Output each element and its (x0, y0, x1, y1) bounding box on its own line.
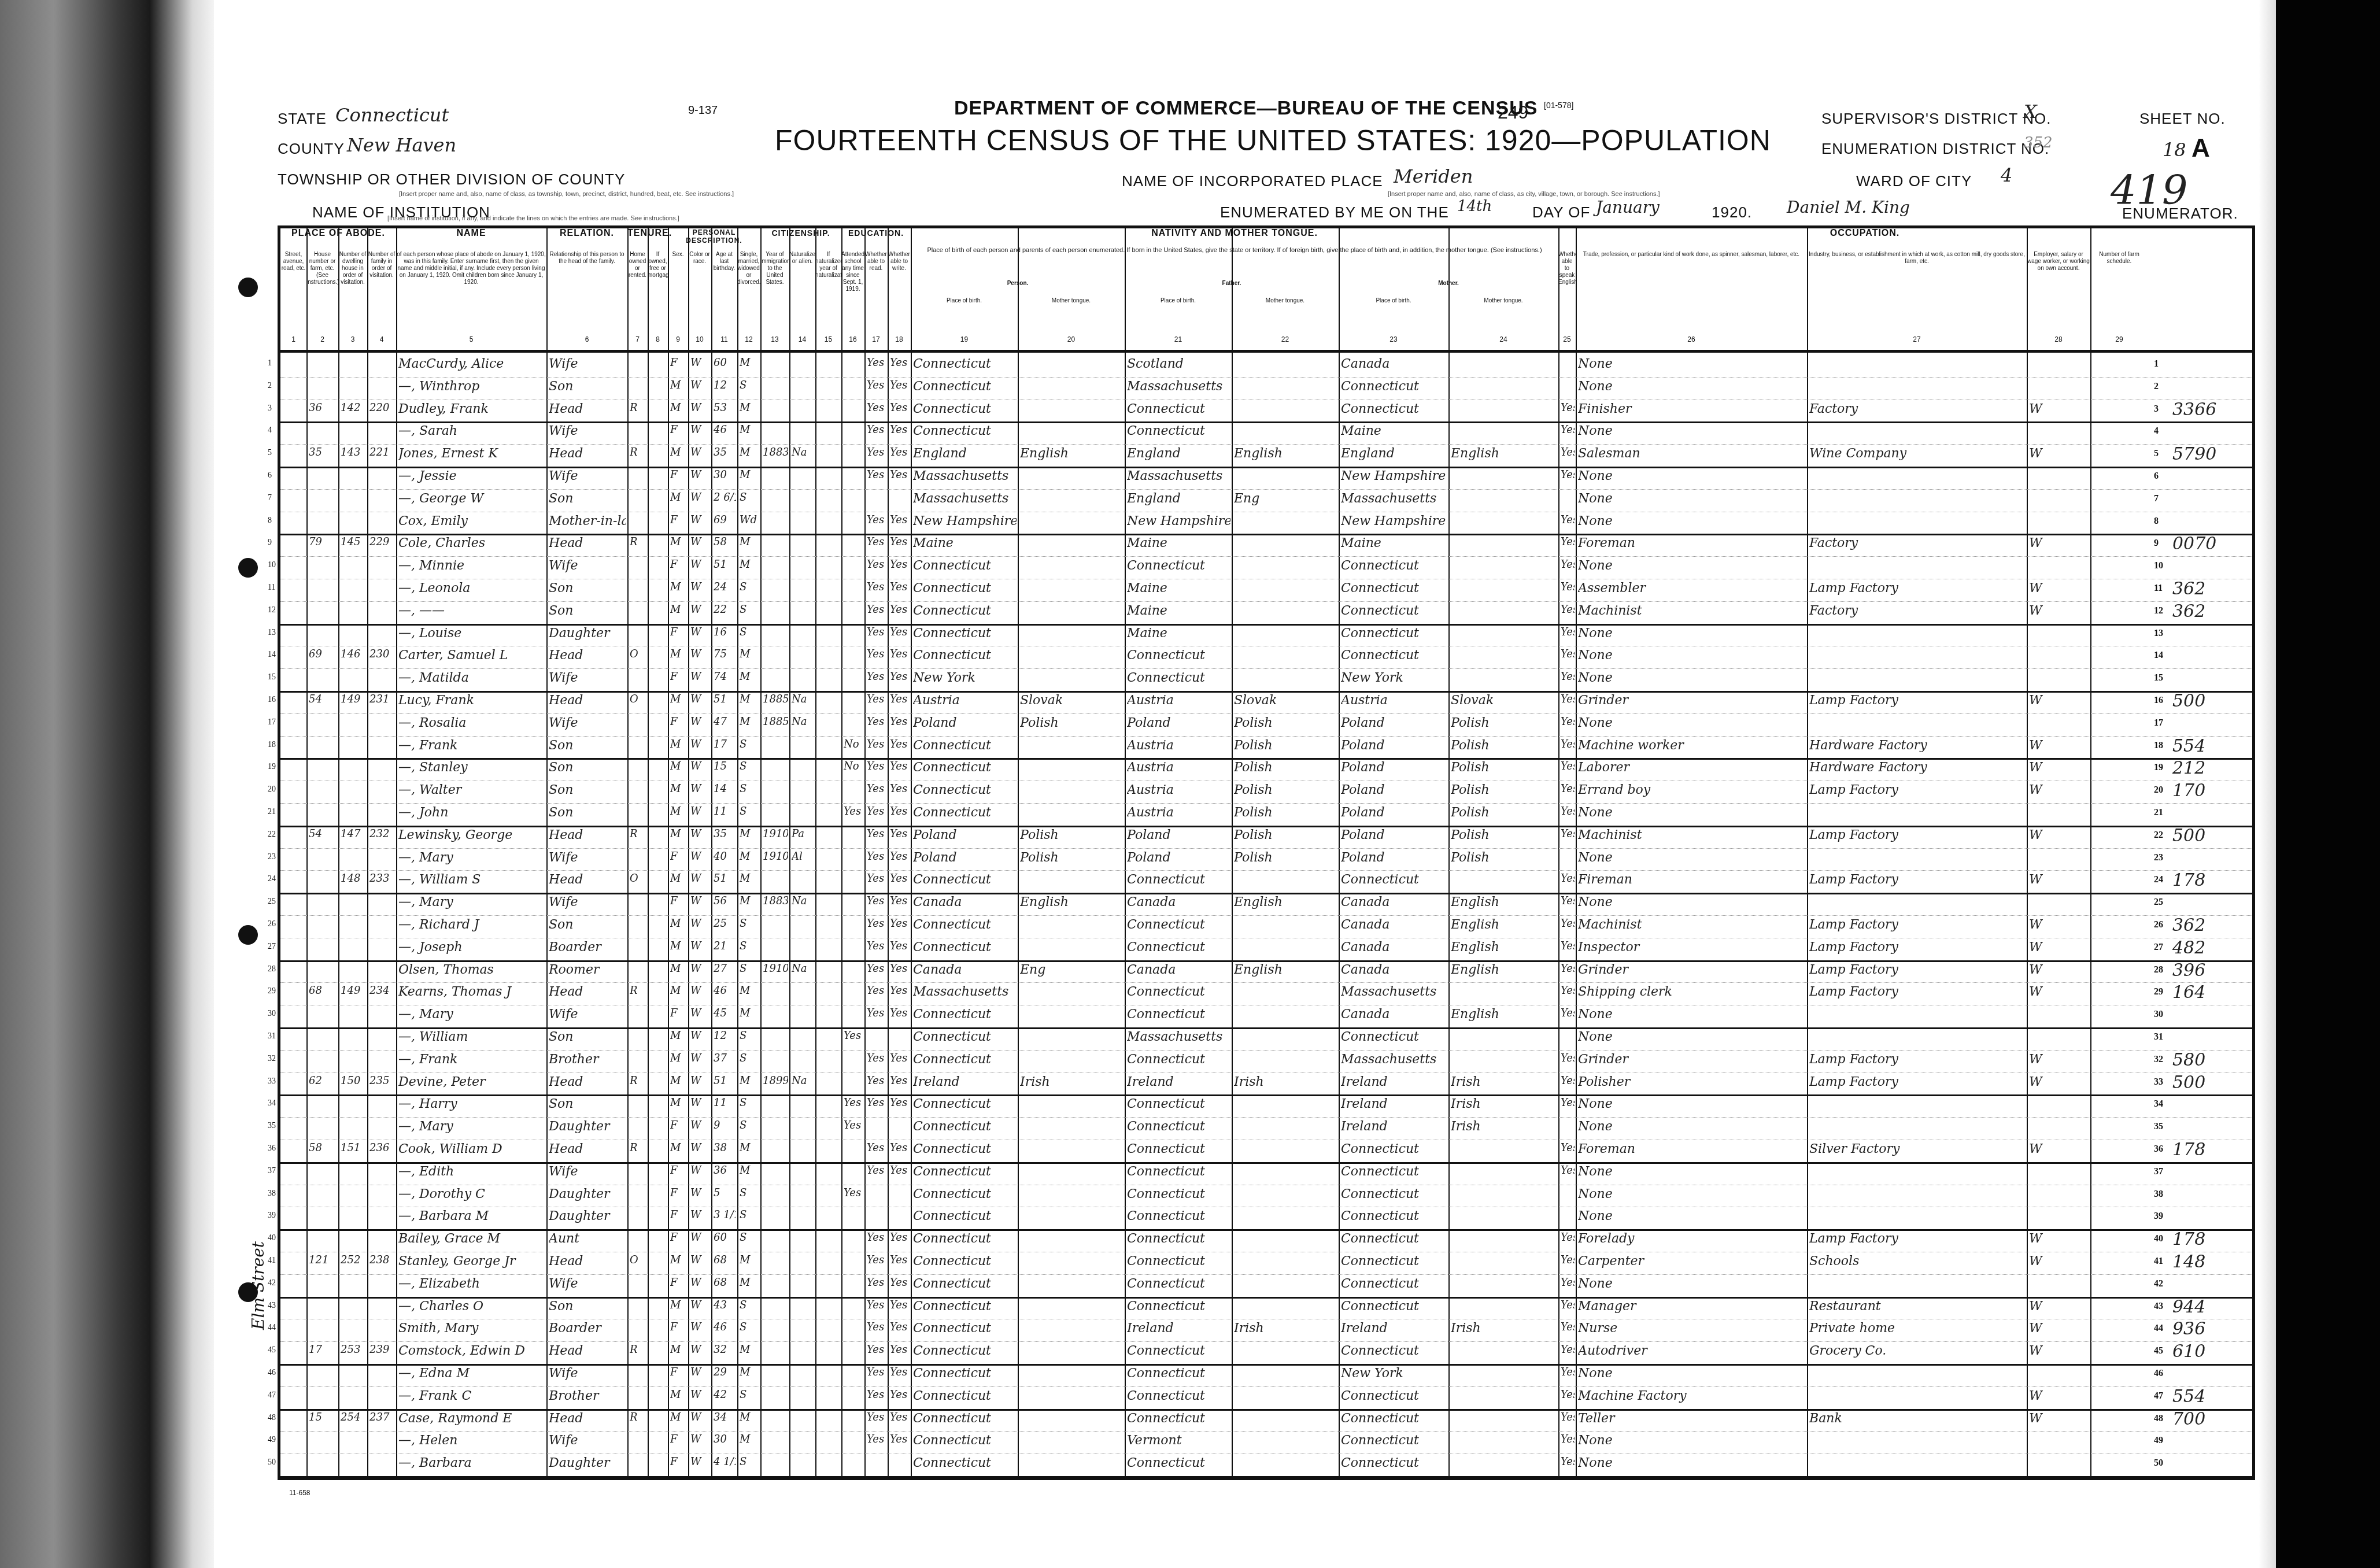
cell-fpob: Connecticut (1127, 1277, 1230, 1295)
cell-rd (867, 1119, 886, 1138)
table-row: 24148233—, William SHeadOMW51MYesYesConn… (280, 870, 2252, 894)
cell-sch (844, 469, 863, 487)
cell-ind: Restaurant (1809, 1299, 2026, 1318)
cell-fam: 235 (369, 1075, 395, 1093)
census-rows: 1MacCurdy, AliceWifeFW60MYesYesConnectic… (280, 354, 2252, 1477)
cell-mmt (1451, 581, 1557, 600)
cell-eng (1561, 1119, 1575, 1138)
cell-mpob: Poland (1341, 760, 1447, 779)
binder-hole (238, 278, 258, 297)
cell-emp: W (2029, 402, 2089, 420)
line-number-left: 43 (268, 1301, 276, 1311)
cell-wr: Yes (890, 872, 910, 891)
cell-fpob: Massachusetts (1127, 469, 1230, 487)
cell-wr: Yes (890, 850, 910, 869)
cell-wr: Yes (890, 402, 910, 420)
cell-race: W (690, 1321, 710, 1340)
line-number-left: 25 (268, 897, 276, 907)
cell-ms: M (740, 559, 759, 577)
cell-race: W (690, 1254, 710, 1273)
cell-dwell (341, 1321, 366, 1340)
cell-rel: Wife (549, 1164, 626, 1183)
cell-sch (844, 626, 863, 645)
cell-mt (1020, 1456, 1124, 1474)
cell-sex: F (670, 1187, 687, 1205)
cell-rel: Wife (549, 1007, 626, 1026)
cell-own: R (630, 985, 646, 1003)
cell-wr: Yes (890, 1097, 910, 1115)
cell-own (630, 1164, 646, 1183)
cell-eng: Yes (1561, 1007, 1575, 1026)
cell-ms: M (740, 895, 759, 914)
cell-sch (844, 648, 863, 667)
line-number-left: 47 (268, 1391, 276, 1400)
line-number-right: 32 (2154, 1055, 2163, 1065)
cell-ms: M (740, 648, 759, 667)
table-row: 979145229Cole, CharlesHeadRMW58MYesYesMa… (280, 534, 2252, 557)
cell-occ: None (1578, 424, 1806, 442)
cell-mpob: Connecticut (1341, 1030, 1447, 1048)
cell-age: 17 (714, 738, 736, 757)
cell-name: Bailey, Grace M (398, 1232, 545, 1250)
cell-sex: M (670, 1389, 687, 1407)
cell-sex: F (670, 1007, 687, 1026)
cell-mpob: England (1341, 446, 1447, 465)
cell-fam: 231 (369, 693, 395, 712)
cell-fam (369, 357, 395, 375)
cell-mpob: New Hampshire (1341, 514, 1447, 532)
table-row: 38—, Dorothy CDaughterFW5SYesConnecticut… (280, 1185, 2252, 1208)
cell-name: —, Barbara M (398, 1209, 545, 1227)
cell-pob: Connecticut (913, 1389, 1017, 1407)
cell-age: 56 (714, 895, 736, 914)
cell-wr: Yes (890, 648, 910, 667)
cell-wr: Yes (890, 671, 910, 689)
cell-age: 53 (714, 402, 736, 420)
cell-dwell (341, 671, 366, 689)
cell-name: —, Barbara (398, 1456, 545, 1474)
cell-race: W (690, 738, 710, 757)
cell-wr: Yes (890, 693, 910, 712)
cell-fam (369, 1052, 395, 1071)
cell-fam (369, 514, 395, 532)
state-label: State (278, 110, 327, 128)
cell-sex: F (670, 1209, 687, 1227)
cell-age: 75 (714, 648, 736, 667)
line-number-right: 29 (2154, 987, 2163, 997)
cell-fpob: Austria (1127, 805, 1230, 824)
cell-house (309, 1052, 337, 1071)
cell-name: Smith, Mary (398, 1321, 545, 1340)
line-number-left: 26 (268, 920, 276, 929)
cell-race: W (690, 1030, 710, 1048)
cell-ind: Hardware Factory (1809, 738, 2026, 757)
cell-rd (867, 1030, 886, 1048)
line-number-left: 13 (268, 628, 276, 638)
cell-name: —, Minnie (398, 559, 545, 577)
cell-rd: Yes (867, 1075, 886, 1093)
cell-house (309, 918, 337, 936)
cell-mt (1020, 469, 1124, 487)
cell-mt (1020, 918, 1124, 936)
cell-imm (763, 581, 788, 600)
table-row: 50—, BarbaraDaughterFW4 1/12SConnecticut… (280, 1454, 2252, 1478)
cell-fam (369, 1456, 395, 1474)
cell-ms: S (740, 1232, 759, 1250)
cell-mmt: Polish (1451, 805, 1557, 824)
cell-imm (763, 402, 788, 420)
cell-wr: Yes (890, 1277, 910, 1295)
cell-sch (844, 1366, 863, 1385)
cell-emp (2029, 1007, 2089, 1026)
cell-fpob: Poland (1127, 850, 1230, 869)
margin-occupation-code: 5790 (2172, 444, 2216, 464)
column-header-22: Mother tongue. (1232, 298, 1339, 332)
cell-fpob: England (1127, 446, 1230, 465)
cell-eng: Yes (1561, 895, 1575, 914)
cell-ind: Private home (1809, 1321, 2026, 1340)
cell-fmt (1234, 1299, 1337, 1318)
cell-occ: Grinder (1578, 963, 1806, 981)
cell-mt (1020, 671, 1124, 689)
cell-fmt (1234, 1254, 1337, 1273)
township-note: [Insert proper name and, also, name of c… (399, 191, 734, 198)
line-number-right: 24 (2154, 875, 2163, 885)
cell-fmt (1234, 940, 1337, 959)
cell-own (630, 1277, 646, 1295)
line-number-right: 18 (2154, 741, 2163, 751)
cell-mt (1020, 424, 1124, 442)
cell-mpob: Connecticut (1341, 604, 1447, 622)
cell-fpob: Connecticut (1127, 559, 1230, 577)
line-number-left: 41 (268, 1256, 276, 1266)
cell-nat (792, 357, 814, 375)
cell-fpob: Maine (1127, 536, 1230, 554)
line-number-left: 4 (268, 426, 272, 435)
cell-wr (890, 1030, 910, 1048)
cell-fmt (1234, 1411, 1337, 1430)
ed-value: 352 (2024, 134, 2053, 151)
cell-fpob: Connecticut (1127, 1007, 1230, 1026)
cell-rel: Daughter (549, 1187, 626, 1205)
incorporated-value: Meriden (1394, 165, 1473, 187)
cell-pob: Connecticut (913, 1097, 1017, 1115)
column-header-10: Color or race. (688, 252, 711, 332)
cell-rel: Roomer (549, 963, 626, 981)
cell-occ: None (1578, 805, 1806, 824)
cell-ms: S (740, 1052, 759, 1071)
cell-fmt: Polish (1234, 760, 1337, 779)
cell-nat: Na (792, 693, 814, 712)
cell-own (630, 1456, 646, 1474)
column-header-4: Number of family in order of visitation. (367, 252, 396, 332)
cell-fam: 232 (369, 828, 395, 846)
cell-name: —, Edna M (398, 1366, 545, 1385)
cell-wr: Yes (890, 1052, 910, 1071)
cell-ms: M (740, 671, 759, 689)
cell-rel: Aunt (549, 1232, 626, 1250)
cell-race: W (690, 918, 710, 936)
cell-sex: M (670, 1075, 687, 1093)
cell-rd: Yes (867, 648, 886, 667)
cell-nat (792, 469, 814, 487)
cell-occ: None (1578, 357, 1806, 375)
cell-sex: F (670, 626, 687, 645)
table-row: 49—, HelenWifeFW30MYesYesConnecticutVerm… (280, 1431, 2252, 1454)
cell-nat (792, 648, 814, 667)
line-number-left: 7 (268, 494, 272, 503)
table-row: 37—, EdithWifeFW36MYesYesConnecticutConn… (280, 1162, 2252, 1185)
cell-age: 12 (714, 1030, 736, 1048)
page-stamp: 249 (1498, 102, 1528, 123)
enumerated-label: Enumerated by me on the (1220, 204, 1449, 221)
line-number-right: 27 (2154, 942, 2163, 953)
cell-occ: None (1578, 1366, 1806, 1385)
cell-nat: Pa (792, 828, 814, 846)
cell-name: Cole, Charles (398, 536, 545, 554)
cell-rd: Yes (867, 446, 886, 465)
column-header-8: If owned, free or mortgaged. (648, 252, 668, 332)
cell-eng: Yes (1561, 514, 1575, 532)
cell-emp: W (2029, 828, 2089, 846)
cell-pob: Connecticut (913, 940, 1017, 959)
cell-sch (844, 671, 863, 689)
cell-rd: Yes (867, 559, 886, 577)
cell-own (630, 716, 646, 734)
cell-age: 4 1/12 (714, 1456, 736, 1474)
table-row: 46—, Edna MWifeFW29MYesYesConnecticutCon… (280, 1364, 2252, 1387)
cell-race: W (690, 1097, 710, 1115)
line-number-right: 5 (2154, 449, 2159, 459)
cell-emp (2029, 626, 2089, 645)
cell-race: W (690, 1075, 710, 1093)
cell-rd: Yes (867, 1344, 886, 1362)
binder-hole (238, 558, 258, 578)
cell-pob: Connecticut (913, 1321, 1017, 1340)
cell-eng: Yes (1561, 1254, 1575, 1273)
cell-rel: Son (549, 738, 626, 757)
cell-fpob: Canada (1127, 895, 1230, 914)
cell-race: W (690, 1052, 710, 1071)
margin-occupation-code: 500 (2172, 1073, 2205, 1093)
cell-race: W (690, 469, 710, 487)
table-row: 535143221Jones, Ernest KHeadRMW35M1883Na… (280, 444, 2252, 468)
column-header-15: If naturalized, year of naturalization. (815, 252, 841, 332)
cell-ms: M (740, 1344, 759, 1362)
cell-pob: Connecticut (913, 1456, 1017, 1474)
cell-rd: Yes (867, 693, 886, 712)
cell-fmt: Slovak (1234, 693, 1337, 712)
cell-own (630, 626, 646, 645)
cell-rd: Yes (867, 783, 886, 801)
cell-dwell (341, 357, 366, 375)
cell-dwell (341, 918, 366, 936)
cell-imm (763, 760, 788, 779)
cell-ind (1809, 1456, 2026, 1474)
cell-imm (763, 424, 788, 442)
cell-rd: Yes (867, 918, 886, 936)
cell-rd: Yes (867, 402, 886, 420)
cell-mpob: Connecticut (1341, 1164, 1447, 1183)
cell-own (630, 581, 646, 600)
cell-pob: Connecticut (913, 760, 1017, 779)
cell-sch (844, 1344, 863, 1362)
cell-occ: None (1578, 1187, 1806, 1205)
cell-fmt (1234, 1142, 1337, 1160)
cell-sch (844, 379, 863, 398)
cell-occ: None (1578, 626, 1806, 645)
cell-fam: 238 (369, 1254, 395, 1273)
cell-fam (369, 1007, 395, 1026)
cell-eng: Yes (1561, 1277, 1575, 1295)
cell-rd: Yes (867, 828, 886, 846)
cell-name: —, William S (398, 872, 545, 891)
cell-rel: Son (549, 581, 626, 600)
cell-mt: Slovak (1020, 693, 1124, 712)
cell-occ: None (1578, 648, 1806, 667)
cell-wr (890, 1187, 910, 1205)
cell-sch (844, 872, 863, 891)
cell-age: 40 (714, 850, 736, 869)
cell-rd: Yes (867, 424, 886, 442)
cell-fmt: Polish (1234, 783, 1337, 801)
line-number-left: 14 (268, 650, 276, 660)
column-number-27: 27 (1807, 335, 2027, 347)
cell-name: —, Edith (398, 1164, 545, 1183)
cell-fmt (1234, 1097, 1337, 1115)
cell-nat (792, 760, 814, 779)
cell-mmt: Irish (1451, 1119, 1557, 1138)
cell-house (309, 1366, 337, 1385)
cell-name: —, Charles O (398, 1299, 545, 1318)
line-number-left: 22 (268, 830, 276, 840)
line-number-left: 2 (268, 382, 272, 391)
cell-ms: M (740, 1075, 759, 1093)
group-name: Name (396, 228, 546, 247)
cell-rd: Yes (867, 1389, 886, 1407)
cell-rd: Yes (867, 604, 886, 622)
cell-rel: Head (549, 446, 626, 465)
cell-wr: Yes (890, 1433, 910, 1452)
cell-mmt (1451, 1456, 1557, 1474)
cell-fmt (1234, 402, 1337, 420)
cell-dwell (341, 850, 366, 869)
cell-ms: M (740, 1007, 759, 1026)
cell-mmt: English (1451, 1007, 1557, 1026)
cell-fpob: Austria (1127, 760, 1230, 779)
cell-fmt: Polish (1234, 850, 1337, 869)
cell-imm (763, 1142, 788, 1160)
cell-mmt (1451, 604, 1557, 622)
cell-pob: Poland (913, 716, 1017, 734)
cell-race: W (690, 1344, 710, 1362)
cell-ms: M (740, 469, 759, 487)
cell-fam (369, 559, 395, 577)
cell-own (630, 1389, 646, 1407)
cell-eng: Yes (1561, 1097, 1575, 1115)
line-number-left: 11 (268, 583, 275, 593)
cell-emp: W (2029, 1075, 2089, 1093)
cell-imm (763, 805, 788, 824)
cell-mt (1020, 1299, 1124, 1318)
cell-mt (1020, 1164, 1124, 1183)
cell-eng: Yes (1561, 604, 1575, 622)
cell-emp (2029, 1209, 2089, 1227)
line-number-left: 48 (268, 1414, 276, 1423)
cell-fpob: England (1127, 491, 1230, 510)
cell-nat: Na (792, 1075, 814, 1093)
cell-nat: Na (792, 446, 814, 465)
column-header-27: Industry, business, or establishment in … (1807, 252, 2027, 332)
cell-mmt (1451, 357, 1557, 375)
cell-mt (1020, 1209, 1124, 1227)
cell-eng: Yes (1561, 716, 1575, 734)
cell-mmt (1451, 536, 1557, 554)
census-title: FOURTEENTH CENSUS OF THE UNITED STATES: … (775, 124, 1771, 157)
line-number-right: 26 (2154, 920, 2163, 930)
line-number-left: 42 (268, 1279, 276, 1288)
cell-fpob: Connecticut (1127, 1299, 1230, 1318)
cell-sch (844, 1389, 863, 1407)
cell-ind (1809, 1433, 2026, 1452)
cell-mt (1020, 1277, 1124, 1295)
cell-pob: Connecticut (913, 1119, 1017, 1138)
cell-ms: M (740, 1366, 759, 1385)
cell-race: W (690, 1007, 710, 1026)
cell-fam: 233 (369, 872, 395, 891)
cell-sch (844, 693, 863, 712)
cell-age: 16 (714, 626, 736, 645)
cell-own (630, 1321, 646, 1340)
margin-occupation-code: 610 (2172, 1341, 2205, 1362)
cell-ms: S (740, 1209, 759, 1227)
cell-rel: Wife (549, 716, 626, 734)
cell-imm (763, 1277, 788, 1295)
cell-fpob: Connecticut (1127, 1366, 1230, 1385)
cell-fam (369, 424, 395, 442)
cell-eng: Yes (1561, 760, 1575, 779)
cell-sex: F (670, 850, 687, 869)
cell-age: 11 (714, 1097, 736, 1115)
cell-pob: Connecticut (913, 1164, 1017, 1183)
cell-house (309, 963, 337, 981)
cell-mt (1020, 985, 1124, 1003)
cell-nat (792, 581, 814, 600)
cell-rd: Yes (867, 671, 886, 689)
line-number-right: 36 (2154, 1144, 2163, 1155)
sheet-value: 18 (2163, 139, 2186, 161)
cell-pob: Connecticut (913, 1277, 1017, 1295)
cell-imm (763, 1030, 788, 1048)
line-number-right: 37 (2154, 1167, 2163, 1177)
cell-dwell: 148 (341, 872, 366, 891)
cell-mpob: Connecticut (1341, 872, 1447, 891)
cell-ms: S (740, 491, 759, 510)
cell-name: —, Elizabeth (398, 1277, 545, 1295)
cell-name: —, Jessie (398, 469, 545, 487)
cell-sch: No (844, 738, 863, 757)
cell-sex: F (670, 1277, 687, 1295)
cell-race: W (690, 895, 710, 914)
cell-ms: S (740, 1119, 759, 1138)
cell-occ: None (1578, 716, 1806, 734)
cell-imm: 1883 (763, 895, 788, 914)
cell-emp (2029, 424, 2089, 442)
cell-sex: M (670, 963, 687, 981)
cell-mpob: Connecticut (1341, 379, 1447, 398)
cell-dwell: 149 (341, 985, 366, 1003)
cell-eng: Yes (1561, 1456, 1575, 1474)
